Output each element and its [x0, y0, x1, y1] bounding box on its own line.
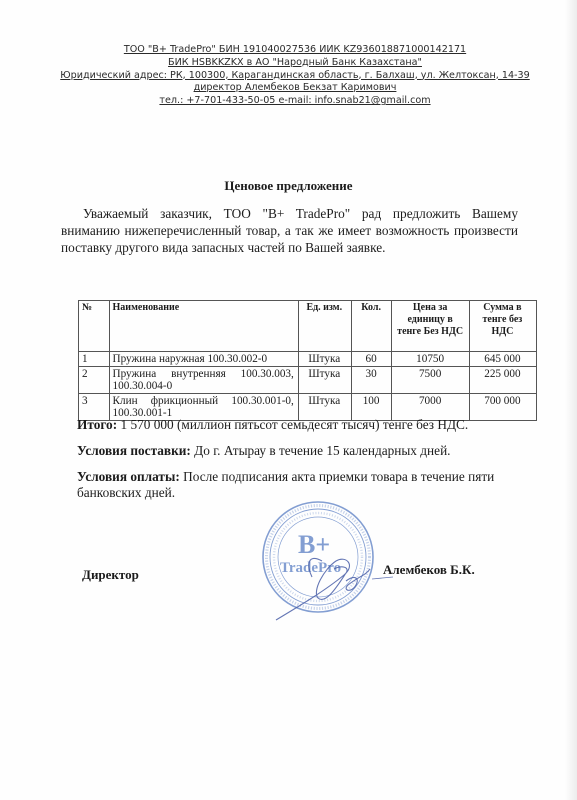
cell-name: Пружина наружная 100.30.002-0	[109, 352, 298, 367]
letterhead: ТОО "B+ TradePro" БИН 191040027536 ИИК K…	[60, 44, 530, 108]
table-header-row: № Наименование Ед. изм. Кол. Цена за еди…	[79, 301, 537, 352]
header-sum: Сумма в тенге без НДС	[469, 301, 536, 352]
cell-unit: Штука	[298, 352, 351, 367]
delivery-terms: Условия поставки: До г. Атырау в течение…	[77, 443, 537, 459]
header-name: Наименование	[109, 301, 298, 352]
cell-sum: 225 000	[469, 367, 536, 394]
cell-unit: Штука	[298, 367, 351, 394]
table-row: 2Пружина внутренняя 100.30.003, 100.30.0…	[79, 367, 537, 394]
total-label: Итого:	[77, 417, 117, 432]
cell-qty: 60	[351, 352, 392, 367]
cell-qty: 30	[351, 367, 392, 394]
cell-no: 2	[79, 367, 110, 394]
legal-address: Юридический адрес: РК, 100300, Караганди…	[60, 70, 529, 81]
header-unit: Ед. изм.	[298, 301, 351, 352]
signatory-position: Директор	[82, 567, 139, 583]
total-line: Итого: 1 570 000 (миллион пятьсот семьде…	[77, 417, 537, 433]
payment-label: Условия оплаты:	[77, 469, 180, 484]
header-price: Цена за единицу в тенге Без НДС	[392, 301, 469, 352]
svg-text:B+: B+	[298, 530, 330, 559]
contacts-line: тел.: +7-701-433-50-05 e-mail: info.snab…	[159, 95, 430, 106]
cell-name: Пружина внутренняя 100.30.003, 100.30.00…	[109, 367, 298, 394]
table-row: 1Пружина наружная 100.30.002-0Штука60107…	[79, 352, 537, 367]
cell-price: 10750	[392, 352, 469, 367]
intro-paragraph: Уважаемый заказчик, ТОО "B+ TradePro" ра…	[61, 205, 518, 256]
items-table: № Наименование Ед. изм. Кол. Цена за еди…	[78, 300, 537, 421]
cell-price: 7500	[392, 367, 469, 394]
company-requisites: ТОО "B+ TradePro" БИН 191040027536 ИИК K…	[124, 44, 466, 55]
header-no: №	[79, 301, 110, 352]
signatory-name: Алембеков Б.К.	[383, 562, 475, 578]
scan-edge	[565, 0, 577, 800]
cell-sum: 645 000	[469, 352, 536, 367]
delivery-value: До г. Атырау в течение 15 календарных дн…	[191, 443, 451, 458]
document-page: ТОО "B+ TradePro" БИН 191040027536 ИИК K…	[0, 0, 577, 800]
total-value: 1 570 000 (миллион пятьсот семьдесят тыс…	[117, 417, 468, 432]
header-qty: Кол.	[351, 301, 392, 352]
document-title: Ценовое предложение	[0, 178, 577, 194]
director-line: директор Алембеков Бекзат Каримович	[194, 82, 397, 93]
company-stamp-icon: B+ TradePro	[246, 495, 396, 625]
delivery-label: Условия поставки:	[77, 443, 191, 458]
cell-no: 1	[79, 352, 110, 367]
bank-requisites: БИК HSBKKZKX в АО "Народный Банк Казахст…	[168, 57, 422, 68]
